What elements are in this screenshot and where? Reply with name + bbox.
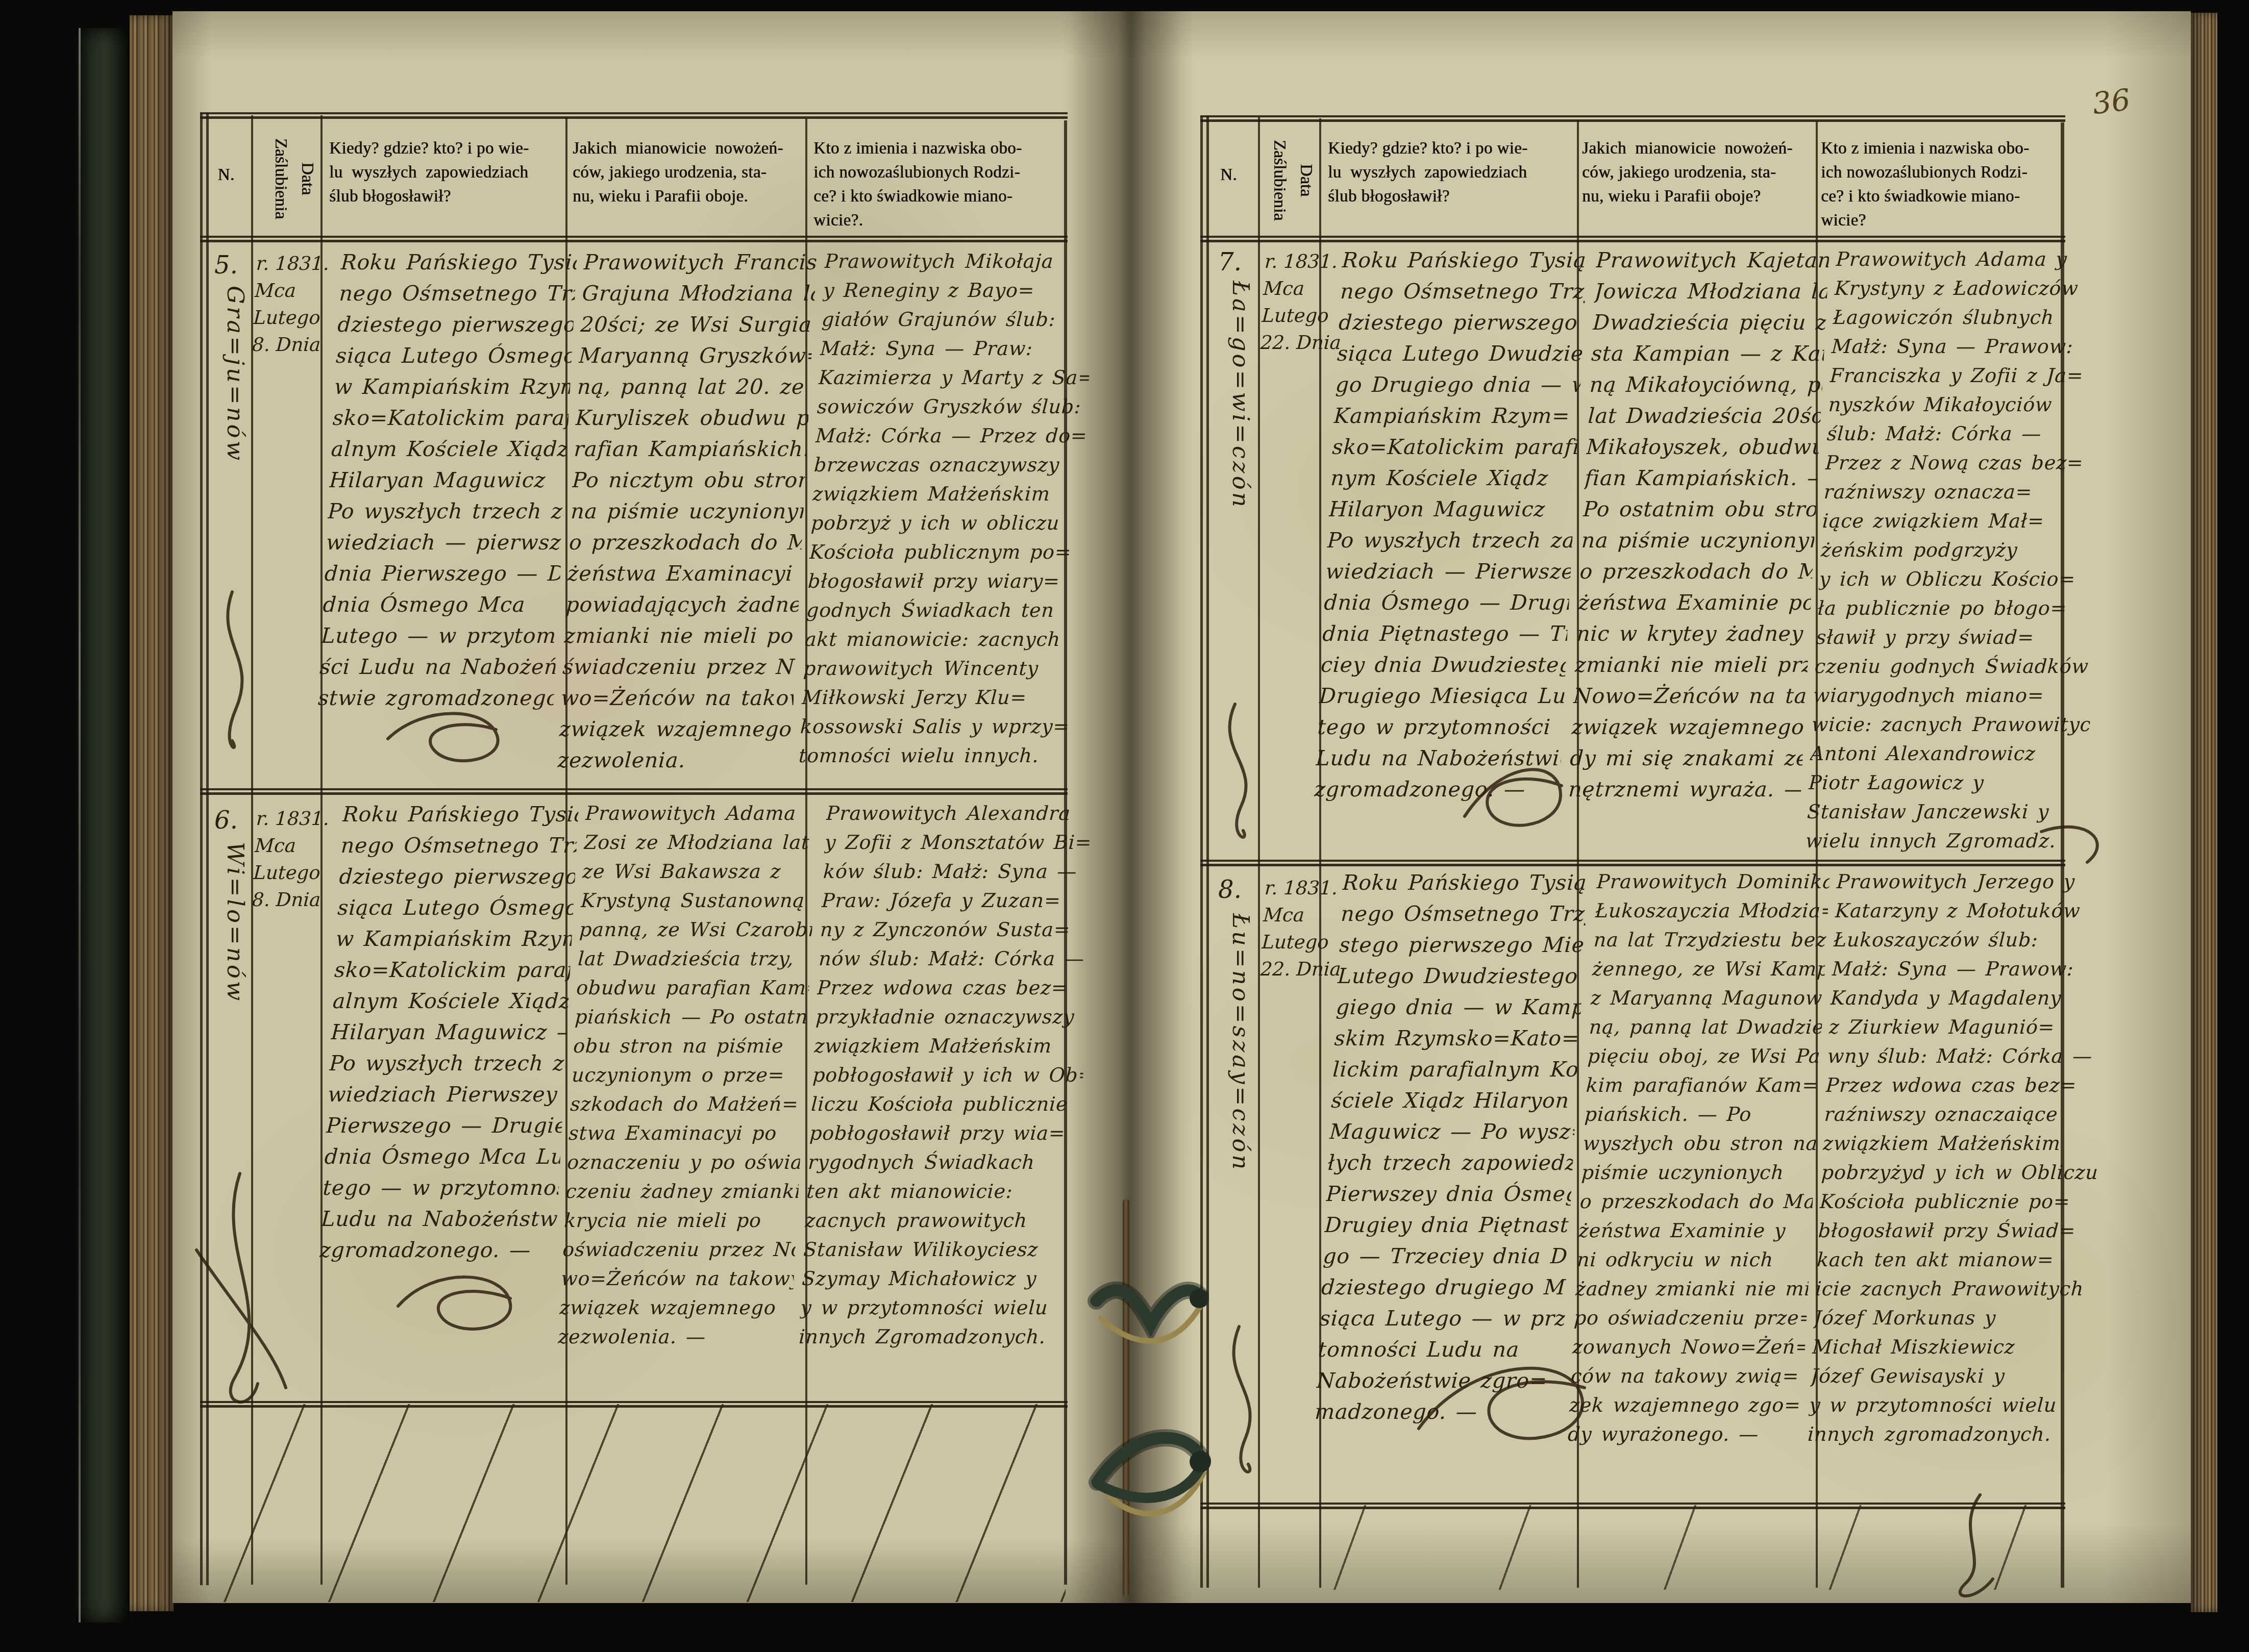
record-number: 6. — [203, 806, 249, 835]
header-when: Kiedy? gdzie? kto? i po wie- lu wyszłych… — [1328, 137, 1573, 209]
record-when-cell: Roku Pańskiego Tysiącz= nego Ośmsetnego … — [1311, 245, 1588, 855]
table-rule — [1200, 115, 2065, 122]
record-when-cell: Roku Pańskiego Tysiącz= nego Ośmsetnego … — [313, 247, 577, 783]
record-date: r. 1831. Mca Lutego 8. Dnia — [251, 250, 322, 358]
page-stack-edge-left — [130, 15, 174, 1611]
record-spouses-cell: Prawowitych Franciszka Grajuna Młodziana… — [556, 247, 817, 783]
record-when-cell: Roku Pańskiego Tysiącz= nego Ośmsetnego … — [312, 799, 579, 1397]
table-rule — [200, 788, 1068, 795]
record-number: 7. — [1205, 248, 1254, 277]
record-number: 8. — [1205, 875, 1254, 904]
header-spouses: Jakich mianowicie nowożeń- ców, jakiego … — [1582, 137, 1811, 209]
record-place-text: Ła=go=wi=czón — [1205, 281, 1254, 679]
record-spouses-cell: Prawowitych Dominika Łukoszayczia Młodzi… — [1565, 867, 1831, 1497]
table-rule — [200, 112, 1068, 119]
record-date: r. 1831. Mca Lutego 22. Dnia — [1259, 248, 1325, 356]
header-date: Data Zaślubienia — [1258, 120, 1319, 240]
table-rule — [200, 236, 1068, 242]
record-witnesses-cell: Prawowitych Mikołaja y Reneginy z Bayo= … — [797, 247, 1096, 783]
table-rule — [1200, 860, 2065, 866]
header-witnesses: Kto z imienia i nazwiska obo- ich nowoza… — [813, 137, 1059, 233]
header-witnesses: Kto z imienia i nazwiska obo- ich nowoza… — [1821, 137, 2060, 233]
record-place: Łu=no=szay=czón — [1205, 913, 1254, 1352]
record-place: Gra=ju=nów — [203, 286, 249, 643]
record-place-text: Łu=no=szay=czón — [1205, 913, 1254, 1352]
record-witnesses-cell: Prawowitych Adama y Krystyny z Ładowiczó… — [1805, 245, 2115, 855]
record-witnesses-cell: Prawowitych Jerzego y Katarzyny z Mołotu… — [1805, 867, 2116, 1497]
record-place: Ła=go=wi=czón — [1205, 281, 1254, 679]
record-number: 5. — [203, 251, 249, 280]
record-spouses-cell: Prawowitych Adama Zosi ze Młodziana lat … — [555, 799, 819, 1397]
header-number: N. — [1202, 163, 1255, 187]
column-line — [1258, 117, 1260, 1588]
header-number: N. — [203, 163, 250, 187]
record-date: r. 1831. Mca Lutego 8. Dnia — [251, 805, 322, 913]
header-when: Kiedy? gdzie? kto? i po wie- lu wyszłych… — [329, 137, 561, 209]
header-date: Data Zaślubienia — [251, 118, 320, 239]
empty-row-hatching — [1201, 1505, 2063, 1590]
record-place-text: Gra=ju=nów — [203, 286, 249, 643]
header-date-label: Data Zaślubienia — [1258, 120, 1319, 240]
record-place-text: Wi=lo=nów — [203, 842, 249, 1230]
record-witnesses-cell: Prawowitych Alexandra y Zofii z Monsztat… — [796, 799, 1097, 1397]
empty-row-hatching — [201, 1404, 1066, 1602]
record-spouses-cell: Prawowitych Kajetana Jowicza Młodziana l… — [1565, 245, 1830, 855]
table-rule — [1200, 236, 2065, 242]
header-spouses: Jakich mianowicie nowożeń- ców, jakiego … — [573, 137, 802, 209]
header-date-label: Data Zaślubienia — [251, 118, 320, 239]
gutter-crease — [1123, 1199, 1129, 1597]
record-date: r. 1831. Mca Lutego 22. Dnia — [1259, 874, 1325, 983]
record-place: Wi=lo=nów — [203, 842, 249, 1230]
page-stack-edge-right — [2191, 13, 2217, 1612]
record-when-cell: Roku Pańskiego Tysiącz= nego Ośmsetnego … — [1311, 867, 1589, 1497]
register-scan: 36 N. Data Zaślubienia Kiedy? gdzie? kto… — [0, 0, 2249, 1652]
book-cover-edge — [76, 28, 130, 1622]
